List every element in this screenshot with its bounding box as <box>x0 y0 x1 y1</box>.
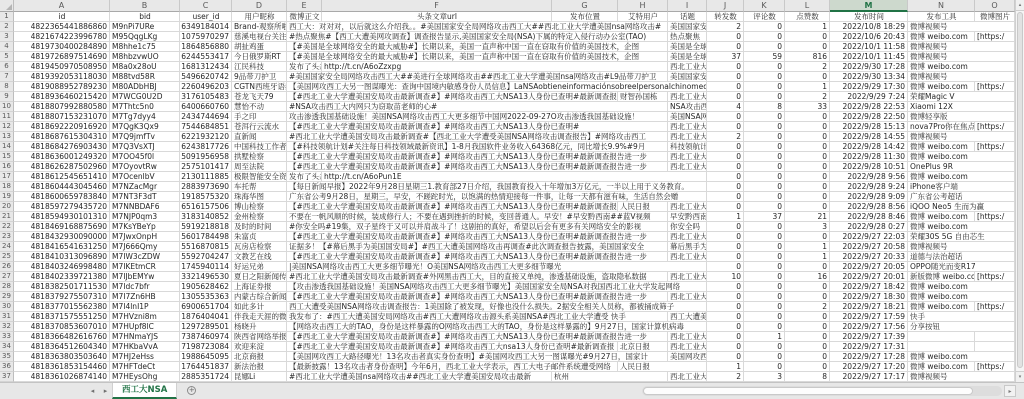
cell-A3[interactable]: 4821674223996780 <box>14 32 110 42</box>
cell-I29[interactable]: 西北工业大 <box>668 292 707 302</box>
row-header-10[interactable]: 10 <box>0 102 14 112</box>
cell-E35[interactable]: 【美国网攻西工大路径曝光！13名攻击者真实身份查明】#美国网攻西工大另一图谋曝光… <box>287 352 322 362</box>
cell-E20[interactable]: 【#西北工业大学遭美国安局攻击最新调查#】#网络攻击西工大NSA13人身份已查明… <box>287 202 322 212</box>
cell-D7[interactable]: 9品带刀护卫 <box>232 72 287 82</box>
cell-B6[interactable]: M8a0x28oU <box>110 62 180 72</box>
cell-J25[interactable]: 0 <box>707 252 744 262</box>
cell-B21[interactable]: M7NJP0qm3 <box>110 212 180 222</box>
cell-J7[interactable]: 0 <box>707 72 744 82</box>
cell-C37[interactable]: 2885351724 <box>180 372 232 382</box>
row-header-32[interactable]: 32 <box>0 322 14 332</box>
vertical-scrollbar-thumb[interactable] <box>1017 12 1023 368</box>
cell-A5[interactable]: 4819726897514690 <box>14 52 110 62</box>
cell-K11[interactable]: 0 <box>744 112 785 122</box>
cell-M20[interactable]: 2022/9/28 8:56 <box>830 202 908 212</box>
cell-K4[interactable]: 0 <box>744 42 785 52</box>
cell-B28[interactable]: M7Idc7bfr <box>110 282 180 292</box>
cell-E9[interactable]: 【#西北工业大学遭美国安局攻击最新调查#】#网络攻击西工大NSA13人身份已查明… <box>287 92 322 102</box>
cell-M37[interactable]: 2022/9/27 17:17 <box>830 372 908 382</box>
cell-K34[interactable]: 0 <box>744 342 785 352</box>
cell-C13[interactable]: 6221932120 <box>180 132 232 142</box>
cell-G1[interactable]: 发布位置 <box>552 12 618 22</box>
cell-J12[interactable]: 0 <box>707 122 744 132</box>
cell-E24[interactable]: 证据多！【#幕后黑手为美国国安局#】#西工大遭美国网络攻击再调查#此次调查报告披… <box>287 242 322 252</box>
cell-B10[interactable]: M7Thtc5n0 <box>110 102 180 112</box>
cell-C1[interactable]: user_id <box>180 12 232 22</box>
cell-N7[interactable]: 微博视频号 <box>908 72 975 82</box>
cell-M3[interactable]: 2022/10/6 20:43 <box>830 32 908 42</box>
cell-A2[interactable]: 4822365441886860 <box>14 22 110 32</box>
cell-N16[interactable]: OnePlus 9R <box>908 162 975 172</box>
cell-J33[interactable]: 0 <box>707 332 744 342</box>
cell-M30[interactable]: 2022/9/27 18:21 <box>830 302 908 312</box>
cell-L13[interactable]: 0 <box>785 132 830 142</box>
cell-C36[interactable]: 1764451837 <box>180 362 232 372</box>
cell-K8[interactable]: 0 <box>744 82 785 92</box>
cell-C21[interactable]: 3183140852 <box>180 212 232 222</box>
cell-N5[interactable]: 微博视频号 <box>908 52 975 62</box>
cell-D29[interactable]: 内蒙古综合新闻网 <box>232 292 287 302</box>
cell-D22[interactable]: 及时的时间 <box>232 222 287 232</box>
cell-J11[interactable]: 0 <box>707 112 744 122</box>
cell-C6[interactable]: 1681312434 <box>180 62 232 72</box>
row-header-5[interactable]: 5 <box>0 52 14 62</box>
cell-D11[interactable]: 手之印 <box>232 112 287 122</box>
cell-I3[interactable]: 热点聚焦 <box>668 32 707 42</box>
cell-N1[interactable]: 发布工具 <box>908 12 975 22</box>
cell-N9[interactable]: 荣耀Magic V <box>908 92 975 102</box>
cell-E21[interactable]: 不要在一帆风顺的时候，装成修行人；不要在遇到挫折的时候，变回普通人。早安！#早安… <box>287 212 322 222</box>
cell-I10[interactable]: NSA攻击西 <box>668 102 707 112</box>
cell-C22[interactable]: 5919218818 <box>180 222 232 232</box>
row-header-1[interactable]: 1 <box>0 12 14 22</box>
cell-L11[interactable]: 0 <box>785 112 830 122</box>
cell-N13[interactable]: 微博视频号 <box>908 132 975 142</box>
cell-J21[interactable]: 1 <box>707 212 744 222</box>
cell-D32[interactable]: 杨晓升 <box>232 322 287 332</box>
column-header-E[interactable]: E <box>287 0 322 12</box>
cell-B35[interactable]: M7HJ2eHss <box>110 352 180 362</box>
cell-E18[interactable]: 【每日新闻早报】2022年9月28日星期三1.教育部27日介绍，我国教育投入十年… <box>287 182 322 192</box>
cell-N24[interactable]: 微博视频号 <box>908 242 975 252</box>
cell-J2[interactable]: 2 <box>707 22 744 32</box>
cell-E23[interactable]: 【#西北工业大学遭美国安局攻击最新调查#】#网络攻击西工大NSA13人身份已查明… <box>287 232 322 242</box>
cell-A24[interactable]: 4818416541631250 <box>14 242 110 252</box>
cell-I7[interactable]: 美国国家安 <box>668 72 707 82</box>
cell-J20[interactable]: 0 <box>707 202 744 212</box>
row-header-26[interactable]: 26 <box>0 262 14 272</box>
cell-M31[interactable]: 2022/9/27 17:59 <box>830 312 908 322</box>
row-header-23[interactable]: 23 <box>0 232 14 242</box>
cell-N33[interactable] <box>908 332 975 342</box>
cell-K30[interactable]: 0 <box>744 302 785 312</box>
cell-A34[interactable]: 4818364512604340 <box>14 342 110 352</box>
cell-I6[interactable]: 西北工业大 <box>668 62 707 72</box>
cell-J34[interactable]: 0 <box>707 342 744 352</box>
cell-C34[interactable]: 7198723084 <box>180 342 232 352</box>
cell-O33[interactable] <box>975 332 1015 342</box>
next-sheet-icon[interactable]: ▸ <box>99 383 112 399</box>
cell-J16[interactable]: 0 <box>707 162 744 172</box>
cell-J6[interactable]: 0 <box>707 62 744 72</box>
cell-A31[interactable]: 4818371575551250 <box>14 312 110 322</box>
cell-H9[interactable]: 财智孙国栋 <box>618 92 668 102</box>
cell-A18[interactable]: 4818604443045460 <box>14 182 110 192</box>
cell-B29[interactable]: M7I7Zn6HB <box>110 292 180 302</box>
cell-M35[interactable]: 2022/9/27 17:28 <box>830 352 908 362</box>
cell-B1[interactable]: bid <box>110 12 180 22</box>
cell-D6[interactable]: 江民科技 <box>232 62 287 72</box>
cell-D37[interactable]: 昆娜Li <box>232 372 287 382</box>
cell-M29[interactable]: 2022/9/27 18:30 <box>830 292 908 302</box>
cell-D14[interactable]: 中国科技工作者之家 <box>232 142 287 152</box>
row-header-17[interactable]: 17 <box>0 172 14 182</box>
cell-L34[interactable]: 0 <box>785 342 830 352</box>
cell-L33[interactable]: 0 <box>785 332 830 342</box>
cell-C4[interactable]: 1864856880 <box>180 42 232 52</box>
cell-I5[interactable]: 美国是全球 <box>668 52 707 62</box>
cell-H34[interactable]: 北京日报 <box>618 342 668 352</box>
column-header-A[interactable]: A <box>14 0 110 12</box>
cell-D19[interactable]: 珠海华图 <box>232 192 287 202</box>
cell-I34[interactable]: 西北工业大 <box>668 342 707 352</box>
row-header-31[interactable]: 31 <box>0 312 14 322</box>
cell-A13[interactable]: 4818687615304310 <box>14 132 110 142</box>
cell-N34[interactable] <box>908 342 975 352</box>
cell-B22[interactable]: M7KsYBeYp <box>110 222 180 232</box>
cell-J37[interactable]: 2 <box>707 372 744 382</box>
cell-D3[interactable]: 慈溪电视台关注栏 <box>232 32 287 42</box>
cell-L5[interactable]: 816 <box>785 52 830 62</box>
cell-D20[interactable]: 博山检察 <box>232 202 287 212</box>
cell-N26[interactable]: OPPO随光而变R17 <box>908 262 975 272</box>
cell-B17[interactable]: M7OcenlbV <box>110 172 180 182</box>
cell-A7[interactable]: 4819392053118030 <box>14 72 110 82</box>
cell-D2[interactable]: Brand-观察所啦 <box>232 22 287 32</box>
cell-L15[interactable]: 0 <box>785 152 830 162</box>
cell-O12[interactable]: [https:/ <box>975 122 1015 132</box>
cell-D10[interactable]: 慧怡不动 <box>232 102 287 112</box>
row-header-12[interactable]: 12 <box>0 122 14 132</box>
cell-I2[interactable]: 美国国家安 <box>668 22 707 32</box>
cell-K37[interactable]: 3 <box>744 372 785 382</box>
cell-G37[interactable]: 杭州 <box>552 372 618 382</box>
cell-E8[interactable]: 【美国网攻西工大另一图谋曝光：查询中国境内敏感身份人员信息】LaNSAobtie… <box>287 82 322 92</box>
cell-K9[interactable]: 0 <box>744 92 785 102</box>
cell-I20[interactable]: 西北工业大 <box>668 202 707 212</box>
row-header-19[interactable]: 19 <box>0 192 14 202</box>
cell-M5[interactable]: 2022/10/1 11:45 <box>830 52 908 62</box>
cell-K29[interactable]: 0 <box>744 292 785 302</box>
cell-C35[interactable]: 1988645095 <box>180 352 232 362</box>
cell-A35[interactable]: 4818363803503640 <box>14 352 110 362</box>
cell-D34[interactable]: 欢迎来淀 <box>232 342 287 352</box>
cell-L10[interactable]: 33 <box>785 102 830 112</box>
row-header-2[interactable]: 2 <box>0 22 14 32</box>
cell-L29[interactable]: 0 <box>785 292 830 302</box>
cell-N6[interactable]: 微博 weibo.com <box>908 62 975 72</box>
cell-I27[interactable]: 西北工业大 <box>668 272 707 282</box>
cell-D30[interactable]: 如此多计 <box>232 302 287 312</box>
cell-O36[interactable]: [https:/ <box>975 362 1015 372</box>
cell-M19[interactable]: 2022/9/28 9:09 <box>830 192 908 202</box>
cell-N19[interactable]: 广东省公考超话 <box>908 192 975 202</box>
cell-I16[interactable]: 西北工业大 <box>668 162 707 172</box>
row-header-7[interactable]: 7 <box>0 72 14 82</box>
cell-N37[interactable]: 微博视频号 <box>908 372 975 382</box>
cell-L4[interactable]: 0 <box>785 42 830 52</box>
cell-A4[interactable]: 4819730400284890 <box>14 42 110 52</box>
cell-C26[interactable]: 1745940114 <box>180 262 232 272</box>
cell-M25[interactable]: 2022/9/27 20:33 <box>830 252 908 262</box>
cell-L22[interactable]: 3 <box>785 222 830 232</box>
cell-C12[interactable]: 7544684851 <box>180 122 232 132</box>
cell-D13[interactable]: 直新闻 <box>232 132 287 142</box>
cell-I21[interactable]: 早安黔西南 <box>668 212 707 222</box>
cell-C3[interactable]: 1075970297 <box>180 32 232 42</box>
cell-J4[interactable]: 0 <box>707 42 744 52</box>
cell-I9[interactable]: 西北工业大 <box>668 92 707 102</box>
cell-J8[interactable]: 0 <box>707 82 744 92</box>
column-header-D[interactable]: D <box>232 0 287 12</box>
cell-N25[interactable]: 道德与法治超话 <box>908 252 975 262</box>
cell-D18[interactable]: 车托帮 <box>232 182 287 192</box>
row-header-36[interactable]: 36 <box>0 362 14 372</box>
cell-E13[interactable]: #西北工业大学遭美国安局攻击最新调查#【西北工业大学遭受美国NSA网络攻击调查报… <box>287 132 322 142</box>
cell-M15[interactable]: 2022/9/28 11:30 <box>830 152 908 162</box>
cell-M26[interactable]: 2022/9/27 20:05 <box>830 262 908 272</box>
cell-O30[interactable]: [https:/ <box>975 302 1015 312</box>
cell-I22[interactable]: 你安全吗 <box>668 222 707 232</box>
cell-C14[interactable]: 6243817726 <box>180 142 232 152</box>
cell-M27[interactable]: 2022/9/27 20:01 <box>830 272 908 282</box>
cell-M2[interactable]: 2022/10/8 18:29 <box>830 22 908 32</box>
cell-A15[interactable]: 4818636001249320 <box>14 152 110 162</box>
row-header-15[interactable]: 15 <box>0 152 14 162</box>
cell-B5[interactable]: M8hbzvwUO <box>110 52 180 62</box>
cell-D12[interactable]: 苍洱行云流水 <box>232 122 287 132</box>
cell-D15[interactable]: 拱墅检察 <box>232 152 287 162</box>
cell-J3[interactable]: 0 <box>707 32 744 42</box>
cell-K17[interactable]: 0 <box>744 172 785 182</box>
cell-D1[interactable]: 用户昵称 <box>232 12 287 22</box>
column-header-B[interactable]: B <box>110 0 180 12</box>
row-header-34[interactable]: 34 <box>0 342 14 352</box>
cell-M14[interactable]: 2022/9/28 14:42 <box>830 142 908 152</box>
cell-K1[interactable]: 评论数 <box>744 12 785 22</box>
cell-L12[interactable]: 0 <box>785 122 830 132</box>
cell-B8[interactable]: M80ADbHBJ <box>110 82 180 92</box>
cell-L25[interactable]: 1 <box>785 252 830 262</box>
cell-A30[interactable]: 4818377015562380 <box>14 302 110 312</box>
cell-J26[interactable]: 0 <box>707 262 744 272</box>
cell-C19[interactable]: 1918575320 <box>180 192 232 202</box>
cell-C2[interactable]: 6349184014 <box>180 22 232 32</box>
cell-M9[interactable]: 2022/9/29 7:24 <box>830 92 908 102</box>
cell-E27[interactable]: #西北工业大学遭美国安局攻击最新调查#外网黑击西工大，目的直接又单纯，渗透基础设… <box>287 272 322 282</box>
cell-B24[interactable]: M7J666Qmy <box>110 242 180 252</box>
cell-C27[interactable]: 3321496530 <box>180 272 232 282</box>
cell-M18[interactable]: 2022/9/28 9:24 <box>830 182 908 192</box>
cell-N32[interactable]: 分享按钮 <box>908 322 975 332</box>
cell-L31[interactable]: 0 <box>785 312 830 322</box>
cell-C9[interactable]: 3176105483 <box>180 92 232 102</box>
cell-I4[interactable]: 美国是全球 <box>668 42 707 52</box>
cell-O34[interactable] <box>975 342 1015 352</box>
cell-D24[interactable]: 瓦房店检察 <box>232 242 287 252</box>
row-header-25[interactable]: 25 <box>0 252 14 262</box>
cell-K33[interactable]: 1 <box>744 332 785 342</box>
cell-A25[interactable]: 4818410313096890 <box>14 252 110 262</box>
cell-L24[interactable]: 1 <box>785 242 830 252</box>
cell-O27[interactable]: [https:/ <box>975 272 1015 282</box>
cell-B33[interactable]: M7HNmaYJS <box>110 332 180 342</box>
row-header-22[interactable]: 22 <box>0 222 14 232</box>
cell-I37[interactable]: 西北工业大 <box>668 372 707 382</box>
cell-O8[interactable]: [https:/ <box>975 82 1015 92</box>
cell-A28[interactable]: 4818382501711530 <box>14 282 110 292</box>
cell-B9[interactable]: M7WCG0U2D <box>110 92 180 102</box>
column-header-K[interactable]: K <box>744 0 785 12</box>
cell-J36[interactable]: 1 <box>707 362 744 372</box>
horizontal-scrollbar[interactable] <box>642 386 1002 396</box>
cell-A10[interactable]: 4818807992880580 <box>14 102 110 112</box>
cell-N10[interactable]: Xiaomi 12X <box>908 102 975 112</box>
cell-N12[interactable]: nova7Pro你在焦点在 <box>908 122 975 132</box>
column-header-N[interactable]: N <box>908 0 975 12</box>
column-header-G[interactable]: G <box>552 0 618 12</box>
cell-M16[interactable]: 2022/9/28 10:51 <box>830 162 908 172</box>
row-header-16[interactable]: 16 <box>0 162 14 172</box>
cell-K27[interactable]: 0 <box>744 272 785 282</box>
cell-D33[interactable]: 陕西省网络举报中心 <box>232 332 287 342</box>
cell-B23[interactable]: M7JwxOnpH <box>110 232 180 242</box>
cell-B11[interactable]: M7Tg7dyy4 <box>110 112 180 122</box>
column-header-F[interactable]: F <box>322 0 552 12</box>
cell-L9[interactable]: 2 <box>785 92 830 102</box>
cell-K22[interactable]: 0 <box>744 222 785 232</box>
cell-J14[interactable]: 0 <box>707 142 744 152</box>
cell-K23[interactable]: 0 <box>744 232 785 242</box>
scroll-up-icon[interactable]: ▴ <box>1016 0 1024 11</box>
scroll-right-icon[interactable]: ▸ <box>1004 385 1016 397</box>
cell-C11[interactable]: 2434744694 <box>180 112 232 122</box>
cell-A37[interactable]: 4818361026874140 <box>14 372 110 382</box>
cell-K26[interactable]: 0 <box>744 262 785 272</box>
cell-K28[interactable]: 0 <box>744 282 785 292</box>
cell-E5[interactable]: 【#美国是全球网络安全的最大威胁#】长期以来，美国一直声称中国一直在窃取有价值的… <box>287 52 322 62</box>
row-header-8[interactable]: 8 <box>0 82 14 92</box>
cell-I14[interactable]: 科技领航计 <box>668 142 707 152</box>
row-header-33[interactable]: 33 <box>0 332 14 342</box>
select-all-button[interactable] <box>0 0 14 12</box>
cell-M6[interactable]: 2022/9/30 17:28 <box>830 62 908 72</box>
cell-I33[interactable]: 西北工业大 <box>668 332 707 342</box>
cell-D23[interactable]: 朱富贞 <box>232 232 287 242</box>
cell-M21[interactable]: 2022/9/28 8:46 <box>830 212 908 222</box>
cell-E17[interactable]: 发布了头条文章 <box>287 172 322 182</box>
cell-A27[interactable]: 4818402339721380 <box>14 272 110 282</box>
column-header-H[interactable]: H <box>618 0 668 12</box>
row-header-13[interactable]: 13 <box>0 132 14 142</box>
cell-E26[interactable]: |美国NSA网络攻击西工大更多细节曝光！O美国NSA网络攻击西工大更多细节曝光 <box>287 262 322 272</box>
cell-E1[interactable]: 微博正文 <box>287 12 322 22</box>
cell-C8[interactable]: 2260496203 <box>180 82 232 92</box>
cell-O14[interactable]: [https:/ <box>975 142 1015 152</box>
cell-B4[interactable]: M8hhe1c75 <box>110 42 180 52</box>
cell-E33[interactable]: 【#西北工业大学遭美国安局攻击最新调查#】#网络攻击西工大NSA13人身份已查明… <box>287 332 322 342</box>
cell-N29[interactable]: 微博 weibo.com <box>908 292 975 302</box>
cell-C30[interactable]: 6900651704 <box>180 302 232 312</box>
cell-B37[interactable]: M7HEysOhg <box>110 372 180 382</box>
cell-E37[interactable]: #西北工业大学遭美国nsa网络攻击##西北工业大学遭美国安局攻击最新 <box>287 372 322 382</box>
cell-B13[interactable]: M7Q9jmfTv <box>110 132 180 142</box>
cell-M11[interactable]: 2022/9/28 22:50 <box>830 112 908 122</box>
cell-D5[interactable]: 今日俄罗斯RT <box>232 52 287 62</box>
cell-A8[interactable]: 4819088952789230 <box>14 82 110 92</box>
cell-A17[interactable]: 4818612545651410 <box>14 172 110 182</box>
cell-C25[interactable]: 5592704247 <box>180 252 232 262</box>
cell-C20[interactable]: 6516157506 <box>180 202 232 212</box>
cell-J22[interactable]: 0 <box>707 222 744 232</box>
row-header-21[interactable]: 21 <box>0 212 14 222</box>
cell-A29[interactable]: 4818379275507310 <box>14 292 110 302</box>
cell-K36[interactable]: 0 <box>744 362 785 372</box>
cell-B18[interactable]: M7NZacMgr <box>110 182 180 192</box>
row-header-18[interactable]: 18 <box>0 182 14 192</box>
cell-J5[interactable]: 37 <box>707 52 744 62</box>
cell-A14[interactable]: 4818684276903430 <box>14 142 110 152</box>
cell-N27[interactable]: 新版微博 weibo.com <box>908 272 975 282</box>
cell-K5[interactable]: 59 <box>744 52 785 62</box>
row-header-27[interactable]: 27 <box>0 272 14 282</box>
cell-C15[interactable]: 5091956958 <box>180 152 232 162</box>
cell-L2[interactable]: 1 <box>785 22 830 32</box>
cell-N28[interactable]: 微博 weibo.com <box>908 282 975 292</box>
cell-B14[interactable]: M7Q3VsXTJ <box>110 142 180 152</box>
cell-D8[interactable]: CGTN西班牙语频道 <box>232 82 287 92</box>
cell-J10[interactable]: 4 <box>707 102 744 112</box>
cell-N30[interactable]: 微博 weibo.com <box>908 302 975 312</box>
row-header-9[interactable]: 9 <box>0 92 14 102</box>
row-header-24[interactable]: 24 <box>0 242 14 252</box>
cell-N21[interactable]: 微博 weibo.com <box>908 212 975 222</box>
cell-J9[interactable]: 0 <box>707 92 744 102</box>
sheet-tab[interactable]: 西工大NSA <box>112 383 177 399</box>
cell-J30[interactable]: 0 <box>707 302 744 312</box>
cell-L36[interactable]: 0 <box>785 362 830 372</box>
cell-E14[interactable]: 【#科技领航计划#关注每日科技领域最新资讯】1-8月我国软件业务收入64368亿… <box>287 142 322 152</box>
column-header-L[interactable]: L <box>785 0 830 12</box>
cell-E10[interactable]: #NSA攻击西工大内网只为窃取苗老师的心# <box>287 102 322 112</box>
cell-B32[interactable]: M7HUpf8lC <box>110 322 180 332</box>
cell-M1[interactable]: 发布时间 <box>830 12 908 22</box>
cell-N31[interactable]: 快手 <box>908 312 975 322</box>
cell-H20[interactable]: 人民日报 <box>618 202 668 212</box>
column-header-I[interactable]: I <box>668 0 707 12</box>
cell-N17[interactable]: 微博 weibo.com <box>908 172 975 182</box>
cell-K21[interactable]: 37 <box>744 212 785 222</box>
cell-D36[interactable]: 新法治报 <box>232 362 287 372</box>
cell-D28[interactable]: 上海证券报 <box>232 282 287 292</box>
cell-E36[interactable]: 【最新披露！13名攻击者身份查明】今年6月，西北工业大学表示，西工大电子邮件系统… <box>287 362 322 372</box>
cell-L17[interactable]: 0 <box>785 172 830 182</box>
prev-sheet-icon[interactable]: ◂ <box>86 383 99 399</box>
cell-D21[interactable]: 金州检察 <box>232 212 287 222</box>
cell-K31[interactable]: 0 <box>744 312 785 322</box>
cell-E22[interactable]: #你安全吗#19集，双子星终于又可以并肩战斗了！这剧拍的真好，希望以后会有更多有… <box>287 222 322 232</box>
cell-B26[interactable]: M7IKEtmCR <box>110 262 180 272</box>
